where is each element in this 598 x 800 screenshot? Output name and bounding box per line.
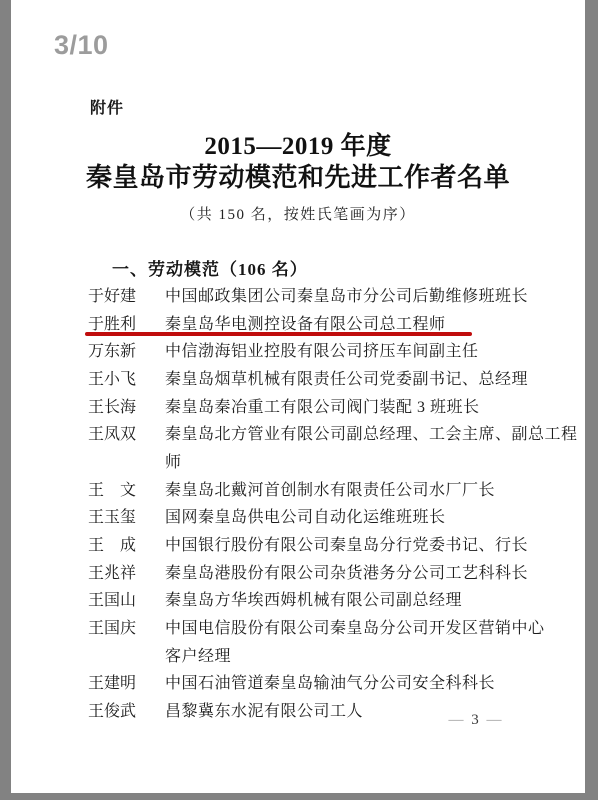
attachment-label: 附件: [90, 95, 124, 118]
list-item: 万东新 中信渤海铝业控股有限公司挤压车间副主任: [88, 338, 585, 366]
document-viewer: 3/10 附件 2015—2019 年度 秦皇岛市劳动模范和先进工作者名单 （共…: [0, 0, 598, 800]
page-number: — 3 —: [431, 712, 521, 729]
list-item: 王国山 秦皇岛方华埃西姆机械有限公司副总经理: [88, 587, 585, 615]
person-title: 秦皇岛北戴河首创制水有限责任公司水厂厂长: [165, 477, 585, 505]
list-item: 于胜利 秦皇岛华电测控设备有限公司总工程师: [88, 311, 585, 339]
person-title: 秦皇岛秦冶重工有限公司阀门装配 3 班班长: [165, 394, 585, 422]
person-title: 秦皇岛港股份有限公司杂货港务分公司工艺科科长: [165, 560, 585, 588]
person-name: 万东新: [88, 338, 140, 366]
person-title: 秦皇岛北方管业有限公司副总经理、工会主席、副总工程师: [165, 421, 585, 476]
person-name: 王俊武: [88, 698, 140, 726]
list-item: 王国庆 中国电信股份有限公司秦皇岛分公司开发区营销中心客户经理: [88, 615, 585, 670]
list-item: 王兆祥 秦皇岛港股份有限公司杂货港务分公司工艺科科长: [88, 560, 585, 588]
person-name: 王凤双: [88, 421, 140, 449]
document-page: 附件 2015—2019 年度 秦皇岛市劳动模范和先进工作者名单 （共 150 …: [11, 0, 585, 793]
list-item: 王建明 中国石油管道秦皇岛输油气分公司安全科科长: [88, 670, 585, 698]
red-highlight-underline: [85, 332, 472, 336]
person-title: 中信渤海铝业控股有限公司挤压车间副主任: [165, 338, 585, 366]
page-number-dash-right: —: [487, 712, 504, 728]
model-worker-list: 于好建 中国邮政集团公司秦皇岛市分公司后勤维修班班长 于胜利 秦皇岛华电测控设备…: [88, 283, 585, 726]
person-name: 王建明: [88, 670, 140, 698]
person-title: 昌黎冀东水泥有限公司工人: [165, 698, 585, 726]
section-heading: 一、劳动模范（106 名）: [112, 255, 308, 280]
page-number-dash-left: —: [449, 712, 466, 728]
list-item: 王长海 秦皇岛秦冶重工有限公司阀门装配 3 班班长: [88, 394, 585, 422]
list-item: 王 成 中国银行股份有限公司秦皇岛分行党委书记、行长: [88, 532, 585, 560]
person-title: 中国石油管道秦皇岛输油气分公司安全科科长: [165, 670, 585, 698]
person-title: 秦皇岛方华埃西姆机械有限公司副总经理: [165, 587, 585, 615]
document-subtitle: （共 150 名，按姓氏笔画为序）: [11, 203, 585, 224]
person-name: 王玉玺: [88, 504, 140, 532]
list-item: 王小飞 秦皇岛烟草机械有限责任公司党委副书记、总经理: [88, 366, 585, 394]
person-title: 中国银行股份有限公司秦皇岛分行党委书记、行长: [165, 532, 585, 560]
viewer-frame-bottom: [0, 793, 598, 800]
person-name: 于好建: [88, 283, 140, 311]
document-title-main: 秦皇岛市劳动模范和先进工作者名单: [11, 157, 585, 194]
person-title: 中国电信股份有限公司秦皇岛分公司开发区营销中心客户经理: [165, 615, 585, 670]
person-name: 王小飞: [88, 366, 140, 394]
person-title: 国网秦皇岛供电公司自动化运维班班长: [165, 504, 585, 532]
person-name: 王兆祥: [88, 560, 140, 588]
person-name: 王国山: [88, 587, 140, 615]
list-item: 王 文 秦皇岛北戴河首创制水有限责任公司水厂厂长: [88, 477, 585, 505]
person-name: 王 成: [88, 532, 140, 560]
person-name: 王国庆: [88, 615, 140, 643]
person-title: 秦皇岛烟草机械有限责任公司党委副书记、总经理: [165, 366, 585, 394]
person-name: 王 文: [88, 477, 140, 505]
list-item: 王凤双 秦皇岛北方管业有限公司副总经理、工会主席、副总工程师: [88, 421, 585, 476]
viewer-frame-left: [0, 0, 11, 800]
person-title: 中国邮政集团公司秦皇岛市分公司后勤维修班班长: [165, 283, 585, 311]
list-item: 王玉玺 国网秦皇岛供电公司自动化运维班班长: [88, 504, 585, 532]
page-number-value: 3: [471, 712, 481, 728]
viewer-frame-right: [585, 0, 598, 800]
list-item: 于好建 中国邮政集团公司秦皇岛市分公司后勤维修班班长: [88, 283, 585, 311]
person-name: 王长海: [88, 394, 140, 422]
